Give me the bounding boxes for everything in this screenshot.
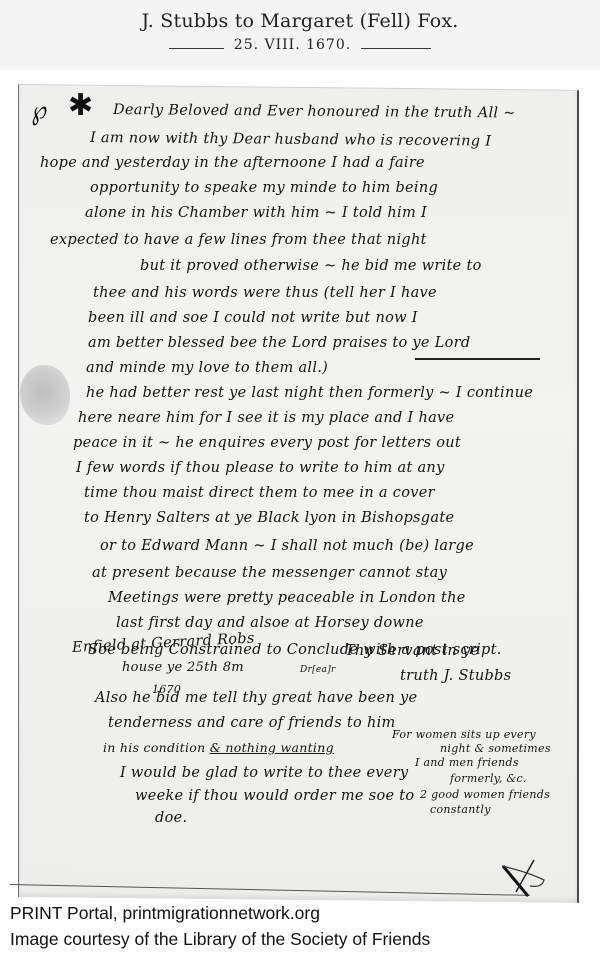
closing-dash-rule — [415, 358, 540, 360]
source-caption: PRINT Portal, printmigrationnetwork.org — [10, 903, 320, 924]
letter-line: peace in it ~ he enquires every post for… — [73, 435, 461, 451]
endorsement-cross-icon — [498, 858, 548, 898]
letter-line: hope and yesterday in the afternoone I h… — [40, 155, 425, 171]
letter-line: or to Edward Mann ~ I shall not much (be… — [100, 538, 474, 554]
postscript-line: weeke if thou would order me soe to — [135, 788, 414, 804]
postscript-line: in his condition & nothing wanting — [103, 740, 334, 755]
asterisk-icon: ✱ — [68, 88, 93, 123]
letter-line: thee and his words were thus (tell her I… — [93, 285, 437, 301]
letter-line: at present because the messenger cannot … — [92, 565, 447, 581]
side-note-line: I and men friends — [415, 756, 519, 769]
signature: truth J. Stubbs — [400, 668, 511, 684]
postscript-line: Also he bid me tell thy great have been … — [95, 690, 417, 706]
letter-line: to Henry Salters at ye Black lyon in Bis… — [84, 510, 454, 526]
letter-line: Meetings were pretty peaceable in London… — [108, 590, 466, 606]
letter-line: am better blessed bee the Lord praises t… — [88, 335, 470, 351]
credit-caption: Image courtesy of the Library of the Soc… — [10, 929, 430, 950]
header-rule-right — [361, 48, 431, 49]
closing-line: Thy Servant in ye — [345, 643, 479, 659]
side-note-line: constantly — [430, 803, 491, 816]
letter-line: alone in his Chamber with him ~ I told h… — [85, 205, 427, 221]
side-note-line: formerly, &c. — [450, 772, 527, 785]
side-note-line: For women sits up every — [392, 728, 536, 741]
side-note-line: night & sometimes — [440, 742, 551, 755]
postscript-insert: Dr[ea]r — [300, 665, 336, 675]
document-title: J. Stubbs to Margaret (Fell) Fox. — [0, 10, 600, 32]
house-date-line: house ye 25th 8m — [122, 660, 244, 675]
letter-line: opportunity to speake my minde to him be… — [90, 180, 438, 196]
seal-blot — [20, 365, 70, 425]
postscript-line: tenderness and care of friends to him — [108, 715, 396, 731]
postscript-line: doe. — [155, 810, 187, 826]
archive-header: J. Stubbs to Margaret (Fell) Fox. 25. VI… — [0, 0, 600, 70]
postscript-line: I would be glad to write to thee every — [120, 765, 408, 781]
letter-line: here neare him for I see it is my place … — [78, 410, 454, 426]
document-date-row: 25. VIII. 1670. — [0, 37, 600, 53]
letter-line: last first day and alsoe at Horsey downe — [116, 615, 424, 631]
document-date: 25. VIII. 1670. — [234, 37, 351, 53]
house-date-text: house ye 25th 8m — [122, 660, 244, 675]
letter-line: been ill and soe I could not write but n… — [88, 310, 418, 326]
letter-line: time thou maist direct them to mee in a … — [84, 485, 435, 501]
letter-line: he had better rest ye last night then fo… — [86, 385, 533, 401]
letter-line: but it proved otherwise ~ he bid me writ… — [140, 258, 482, 274]
letter-line: I few words if thou please to write to h… — [76, 460, 445, 476]
letter-line: and minde my love to them all.) — [86, 360, 328, 376]
header-rule-left — [169, 48, 224, 49]
underlined-phrase: & nothing wanting — [210, 740, 334, 755]
letter-line: expected to have a few lines from thee t… — [50, 232, 427, 248]
side-note-line: 2 good women friends — [420, 788, 550, 801]
